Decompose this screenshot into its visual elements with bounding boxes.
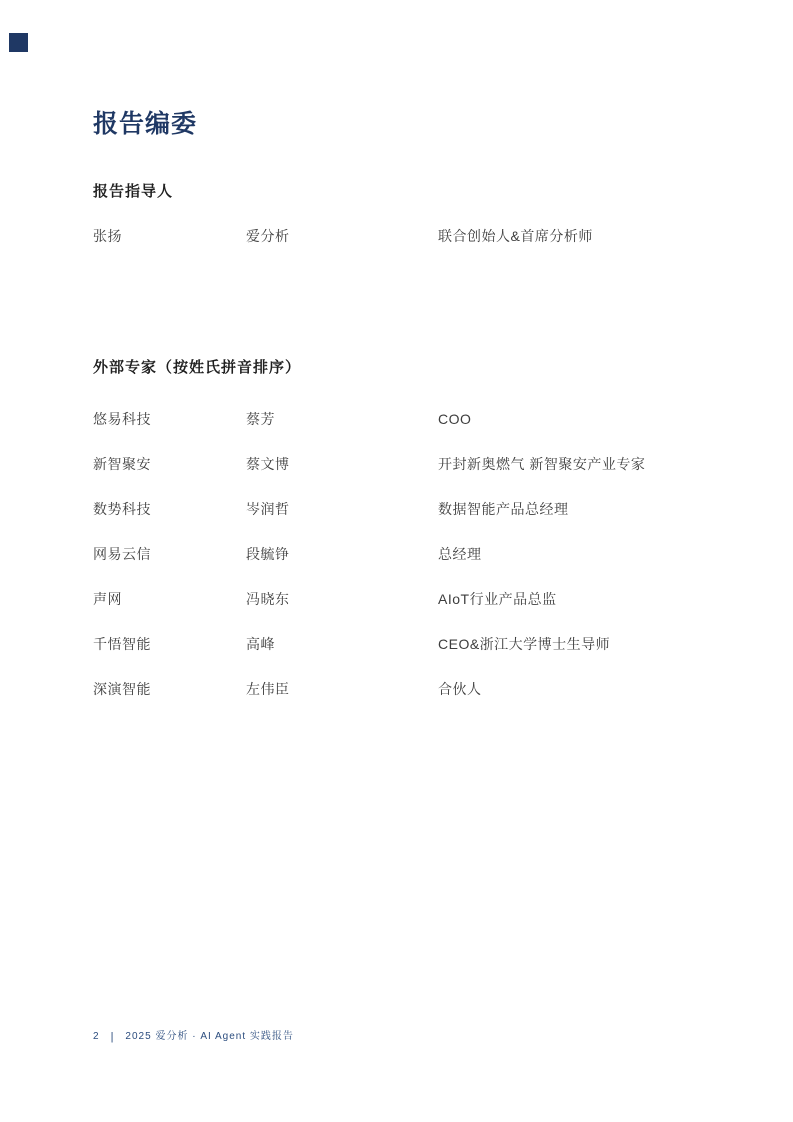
footer-divider: | <box>111 1030 115 1044</box>
advisor-job-title: 联合创始人&首席分析师 <box>438 227 713 245</box>
table-row: 千悟智能 高峰 CEO&浙江大学博士生导师 <box>93 635 733 653</box>
table-row: 悠易科技 蔡芳 COO <box>93 410 733 428</box>
expert-company: 悠易科技 <box>93 410 246 428</box>
page-number: 2 <box>93 1030 100 1044</box>
expert-company: 深演智能 <box>93 680 246 698</box>
expert-company: 声网 <box>93 590 246 608</box>
expert-job-title: 数据智能产品总经理 <box>438 500 733 518</box>
table-row: 新智聚安 蔡文博 开封新奥燃气 新智聚安产业专家 <box>93 455 733 473</box>
page-footer: 2 | 2025 爱分析 · AI Agent 实践报告 <box>93 1030 294 1044</box>
expert-job-title: 开封新奥燃气 新智聚安产业专家 <box>438 455 733 473</box>
expert-company: 数势科技 <box>93 500 246 518</box>
section-heading-advisor: 报告指导人 <box>93 182 173 202</box>
expert-company: 新智聚安 <box>93 455 246 473</box>
table-row: 网易云信 段毓铮 总经理 <box>93 545 733 563</box>
advisor-company: 爱分析 <box>246 227 438 245</box>
expert-name: 蔡文博 <box>246 455 438 473</box>
expert-company: 网易云信 <box>93 545 246 563</box>
footer-report-title: 2025 爱分析 · AI Agent 实践报告 <box>125 1030 294 1044</box>
experts-table: 悠易科技 蔡芳 COO 新智聚安 蔡文博 开封新奥燃气 新智聚安产业专家 数势科… <box>93 410 733 698</box>
table-row: 深演智能 左伟臣 合伙人 <box>93 680 733 698</box>
page-title: 报告编委 <box>93 108 197 141</box>
expert-name: 冯晓东 <box>246 590 438 608</box>
expert-job-title: 合伙人 <box>438 680 733 698</box>
expert-job-title: CEO&浙江大学博士生导师 <box>438 635 733 653</box>
expert-name: 蔡芳 <box>246 410 438 428</box>
expert-job-title: 总经理 <box>438 545 733 563</box>
expert-job-title: COO <box>438 410 733 428</box>
table-row: 数势科技 岑润哲 数据智能产品总经理 <box>93 500 733 518</box>
expert-name: 高峰 <box>246 635 438 653</box>
table-row-advisor: 张扬 爱分析 联合创始人&首席分析师 <box>93 227 713 245</box>
table-row: 声网 冯晓东 AIoT行业产品总监 <box>93 590 733 608</box>
corner-square-decoration <box>9 33 28 52</box>
expert-name: 岑润哲 <box>246 500 438 518</box>
expert-name: 段毓铮 <box>246 545 438 563</box>
expert-company: 千悟智能 <box>93 635 246 653</box>
expert-name: 左伟臣 <box>246 680 438 698</box>
advisor-name: 张扬 <box>93 227 246 245</box>
section-heading-experts: 外部专家（按姓氏拼音排序） <box>93 358 301 378</box>
report-page: 报告编委 报告指导人 张扬 爱分析 联合创始人&首席分析师 外部专家（按姓氏拼音… <box>0 0 793 1122</box>
expert-job-title: AIoT行业产品总监 <box>438 590 733 608</box>
